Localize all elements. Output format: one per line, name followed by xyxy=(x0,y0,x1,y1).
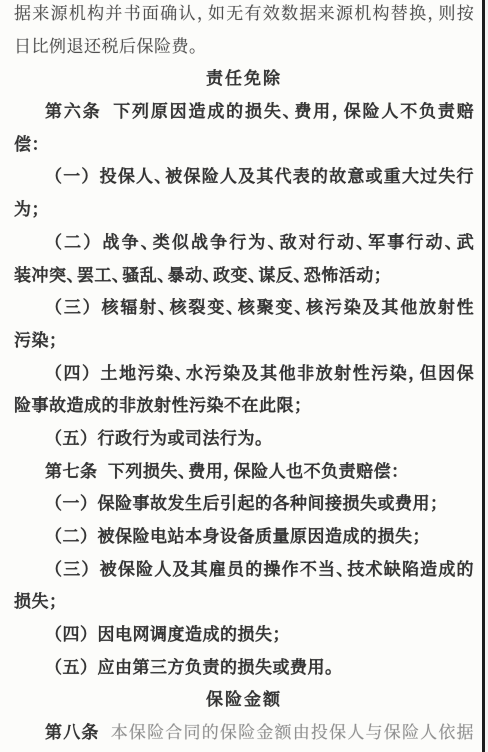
scan-edge-line-artifact xyxy=(482,0,485,752)
text-line: 污染； xyxy=(14,325,474,358)
cjk-punctuation: ； xyxy=(49,592,67,611)
cjk-punctuation: ， xyxy=(332,102,351,121)
cjk-punctuation: ； xyxy=(273,625,291,644)
cjk-punctuation: 。 xyxy=(255,429,273,448)
text-line: （三）被保险人及其雇员的操作不当、技术缺陷造成的 xyxy=(14,554,474,587)
text-line: 日比例退还税后保险费。 xyxy=(14,31,474,64)
cjk-punctuation xyxy=(101,102,120,121)
cjk-punctuation: ， xyxy=(197,4,215,23)
text-line: 第六条 下列原因造成的损失、费用，保险人不负责赔 xyxy=(14,96,474,129)
cjk-punctuation: 、 xyxy=(175,364,194,383)
text-line: （五）行政行为或司法行为。 xyxy=(14,423,474,456)
cjk-punctuation: ； xyxy=(430,494,448,513)
text-line: （一）投保人、被保险人及其代表的故意或重大过失行 xyxy=(14,161,474,194)
cjk-punctuation: ； xyxy=(49,331,67,350)
insurance-policy-page: 据来源机构并书面确认，如无有效数据来源机构替换，则按日比例退还税后保险费。责任免… xyxy=(0,0,488,752)
section-heading: 保险金额 xyxy=(14,684,474,717)
cjk-punctuation: 、 xyxy=(294,298,313,317)
cjk-punctuation: 、 xyxy=(268,233,287,252)
text-line: （二）被保险电站本身设备质量原因造成的损失； xyxy=(14,521,474,554)
clause-text: 本保险合同的保险金额由投保人与保险人依据 xyxy=(100,723,474,742)
text-line: （四）因电网调度造成的损失； xyxy=(14,619,474,652)
cjk-punctuation: 、 xyxy=(203,266,221,285)
cjk-punctuation: 、 xyxy=(157,266,175,285)
cjk-punctuation: 、 xyxy=(336,560,354,579)
text-line: 险事故造成的非放射性污染不在此限； xyxy=(14,390,474,423)
cjk-punctuation: 、 xyxy=(248,266,266,285)
section-heading: 责任免除 xyxy=(14,63,474,96)
cjk-punctuation: 、 xyxy=(226,298,245,317)
cjk-punctuation: ； xyxy=(294,396,312,415)
scanned-document-screenshot: { "page": { "background": "#fcfcfa", "te… xyxy=(0,0,488,752)
cjk-punctuation: ： xyxy=(391,462,409,481)
cjk-punctuation: ， xyxy=(427,4,445,23)
cjk-punctuation: 。 xyxy=(189,37,207,56)
text-line: 装冲突、罢工、骚乱、暴动、政变、谋反、恐怖活动； xyxy=(14,260,474,293)
cjk-punctuation: 、 xyxy=(141,233,160,252)
cjk-punctuation: 、 xyxy=(445,233,464,252)
cjk-punctuation xyxy=(100,723,118,742)
cjk-punctuation: ： xyxy=(32,135,50,154)
cjk-punctuation: ； xyxy=(413,527,431,546)
text-line: 损失； xyxy=(14,586,474,619)
cjk-punctuation: 。 xyxy=(325,658,343,677)
cjk-punctuation: 、 xyxy=(154,167,172,186)
text-line: （一）保险事故发生后引起的各种间接损失或费用； xyxy=(14,488,474,521)
cjk-punctuation: 、 xyxy=(67,266,85,285)
cjk-punctuation: 、 xyxy=(178,462,196,481)
text-line: 为； xyxy=(14,194,474,227)
cjk-punctuation: 、 xyxy=(158,298,177,317)
cjk-punctuation: 、 xyxy=(356,233,375,252)
text-line: 第七条 下列损失、费用，保险人也不负责赔偿： xyxy=(14,456,474,489)
text-line: 偿： xyxy=(14,129,474,162)
text-line: 据来源机构并书面确认，如无有效数据来源机构替换，则按 xyxy=(14,0,474,31)
text-line: （四）土地污染、水污染及其他非放射性污染，但因保 xyxy=(14,358,474,391)
clause-number: 第八条 xyxy=(45,723,100,742)
cjk-punctuation: ； xyxy=(32,200,50,219)
cjk-punctuation: ； xyxy=(374,266,392,285)
cjk-punctuation: ， xyxy=(408,364,427,383)
cjk-punctuation: 、 xyxy=(293,266,311,285)
text-line: 第八条 本保险合同的保险金额由投保人与保险人依据 xyxy=(14,717,474,750)
cjk-punctuation: 、 xyxy=(283,102,302,121)
text-line: （二）战争、类似战争行为、敌对行动、军事行动、武 xyxy=(14,227,474,260)
document-text-block: 据来源机构并书面确认，如无有效数据来源机构替换，则按日比例退还税后保险费。责任免… xyxy=(14,0,474,750)
cjk-punctuation: ， xyxy=(223,462,241,481)
text-line: （三）核辐射、核裂变、核聚变、核污染及其他放射性 xyxy=(14,292,474,325)
cjk-punctuation: 、 xyxy=(112,266,130,285)
text-line: （五）应由第三方负责的损失或费用。 xyxy=(14,652,474,685)
cjk-punctuation xyxy=(98,462,116,481)
